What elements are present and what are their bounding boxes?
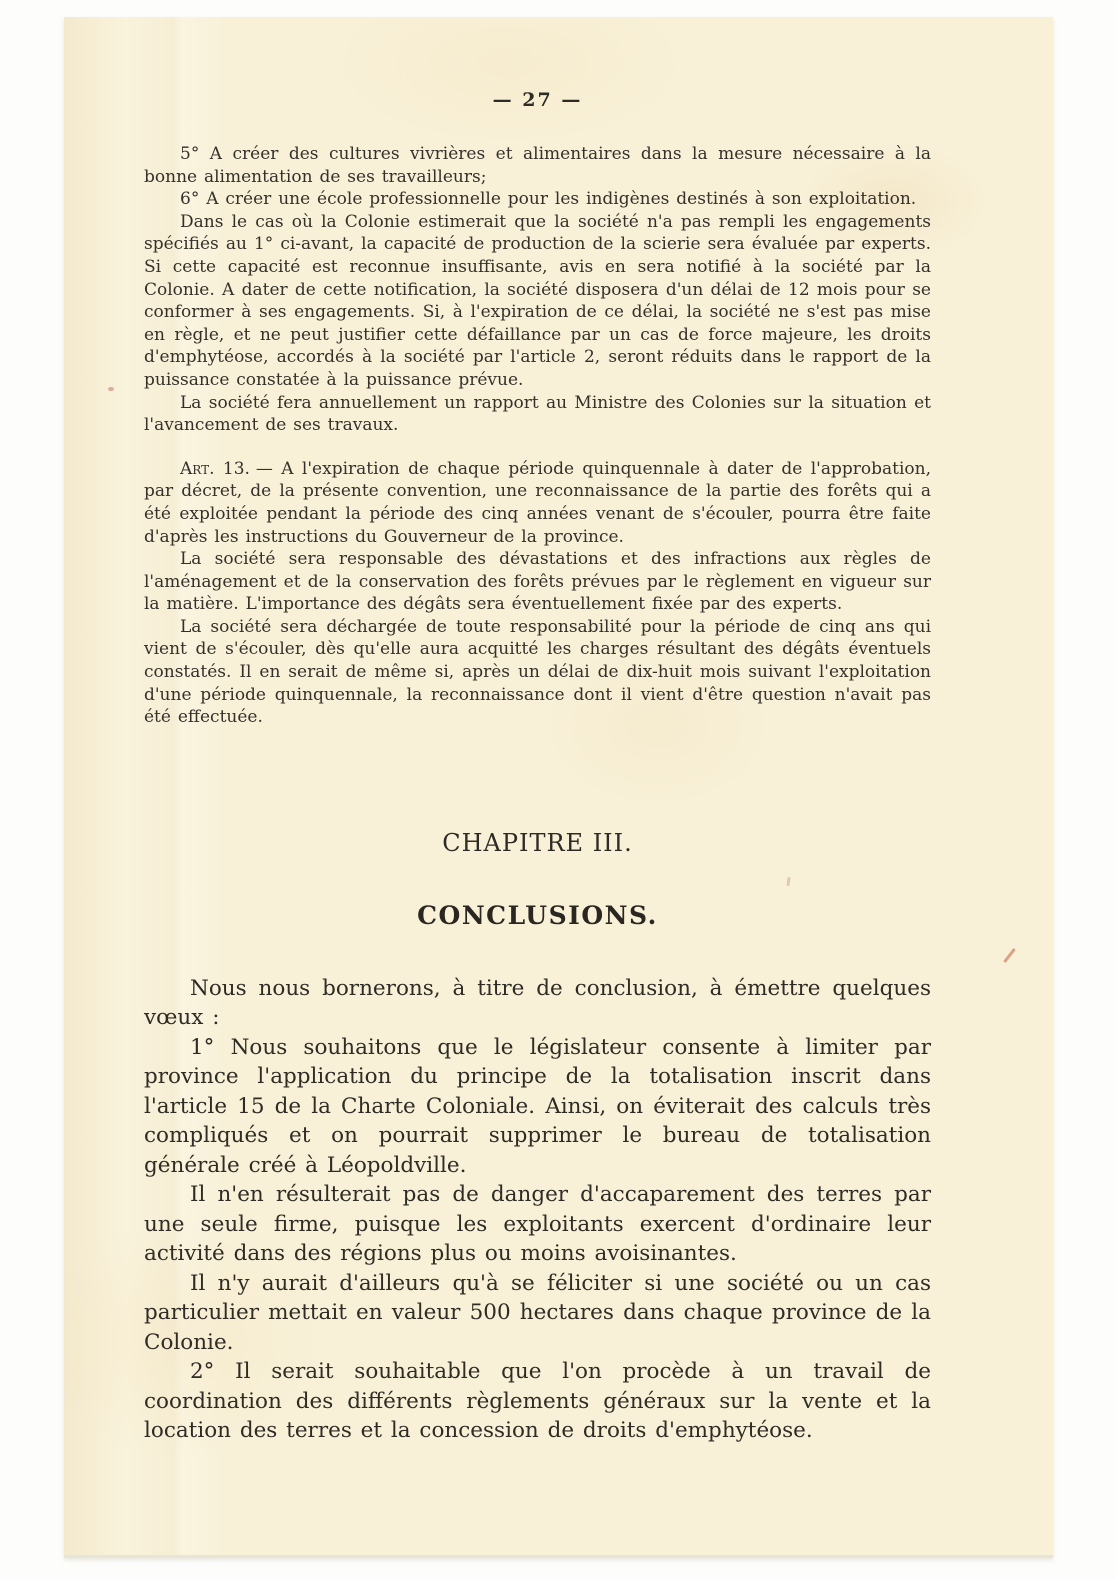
paragraph-article-13: Art. 13.— A l'expiration de chaque pério… [144, 458, 931, 548]
convention-text-block: 5° A créer des cultures vivrières et ali… [144, 143, 931, 729]
article-13-text: — A l'expiration de chaque période quinq… [144, 459, 931, 547]
paragraph-responsabilite-devastations: La société sera responsable des dévastat… [144, 548, 931, 616]
paragraph-conclusion-intro: Nous nous bornerons, à titre de conclusi… [144, 974, 931, 1033]
paragraph-voeu-1-suite-feliciter: Il n'y aurait d'ailleurs qu'à se félicit… [144, 1269, 931, 1358]
paragraph-dechargee-responsabilite: La société sera déchargée de toute respo… [144, 616, 931, 729]
paragraph-colonie-engagements: Dans le cas où la Colonie estimerait que… [144, 211, 931, 392]
page-number: — 27 — [144, 17, 931, 111]
paragraph-voeu-1-suite-accaparement: Il n'en résulterait pas de danger d'acca… [144, 1180, 931, 1269]
paragraph-voeu-1: 1° Nous souhaitons que le législateur co… [144, 1033, 931, 1181]
paragraph-rapport-annuel: La société fera annuellement un rapport … [144, 392, 931, 437]
article-13-label: Art. 13. [180, 459, 250, 479]
paragraph-clause-5: 5° A créer des cultures vivrières et ali… [144, 143, 931, 188]
scanned-document-page: — 27 — 5° A créer des cultures vivrières… [64, 17, 1053, 1558]
conclusions-text-block: Nous nous bornerons, à titre de conclusi… [144, 974, 931, 1446]
left-margin-speck [108, 387, 114, 391]
chapter-heading: CHAPITRE III. [144, 829, 931, 857]
page-content: — 27 — 5° A créer des cultures vivrières… [64, 17, 1053, 1555]
conclusions-heading: CONCLUSIONS. [144, 901, 931, 930]
paragraph-clause-6: 6° A créer une école professionnelle pou… [144, 188, 931, 211]
paragraph-voeu-2: 2° Il serait souhaitable que l'on procèd… [144, 1357, 931, 1446]
